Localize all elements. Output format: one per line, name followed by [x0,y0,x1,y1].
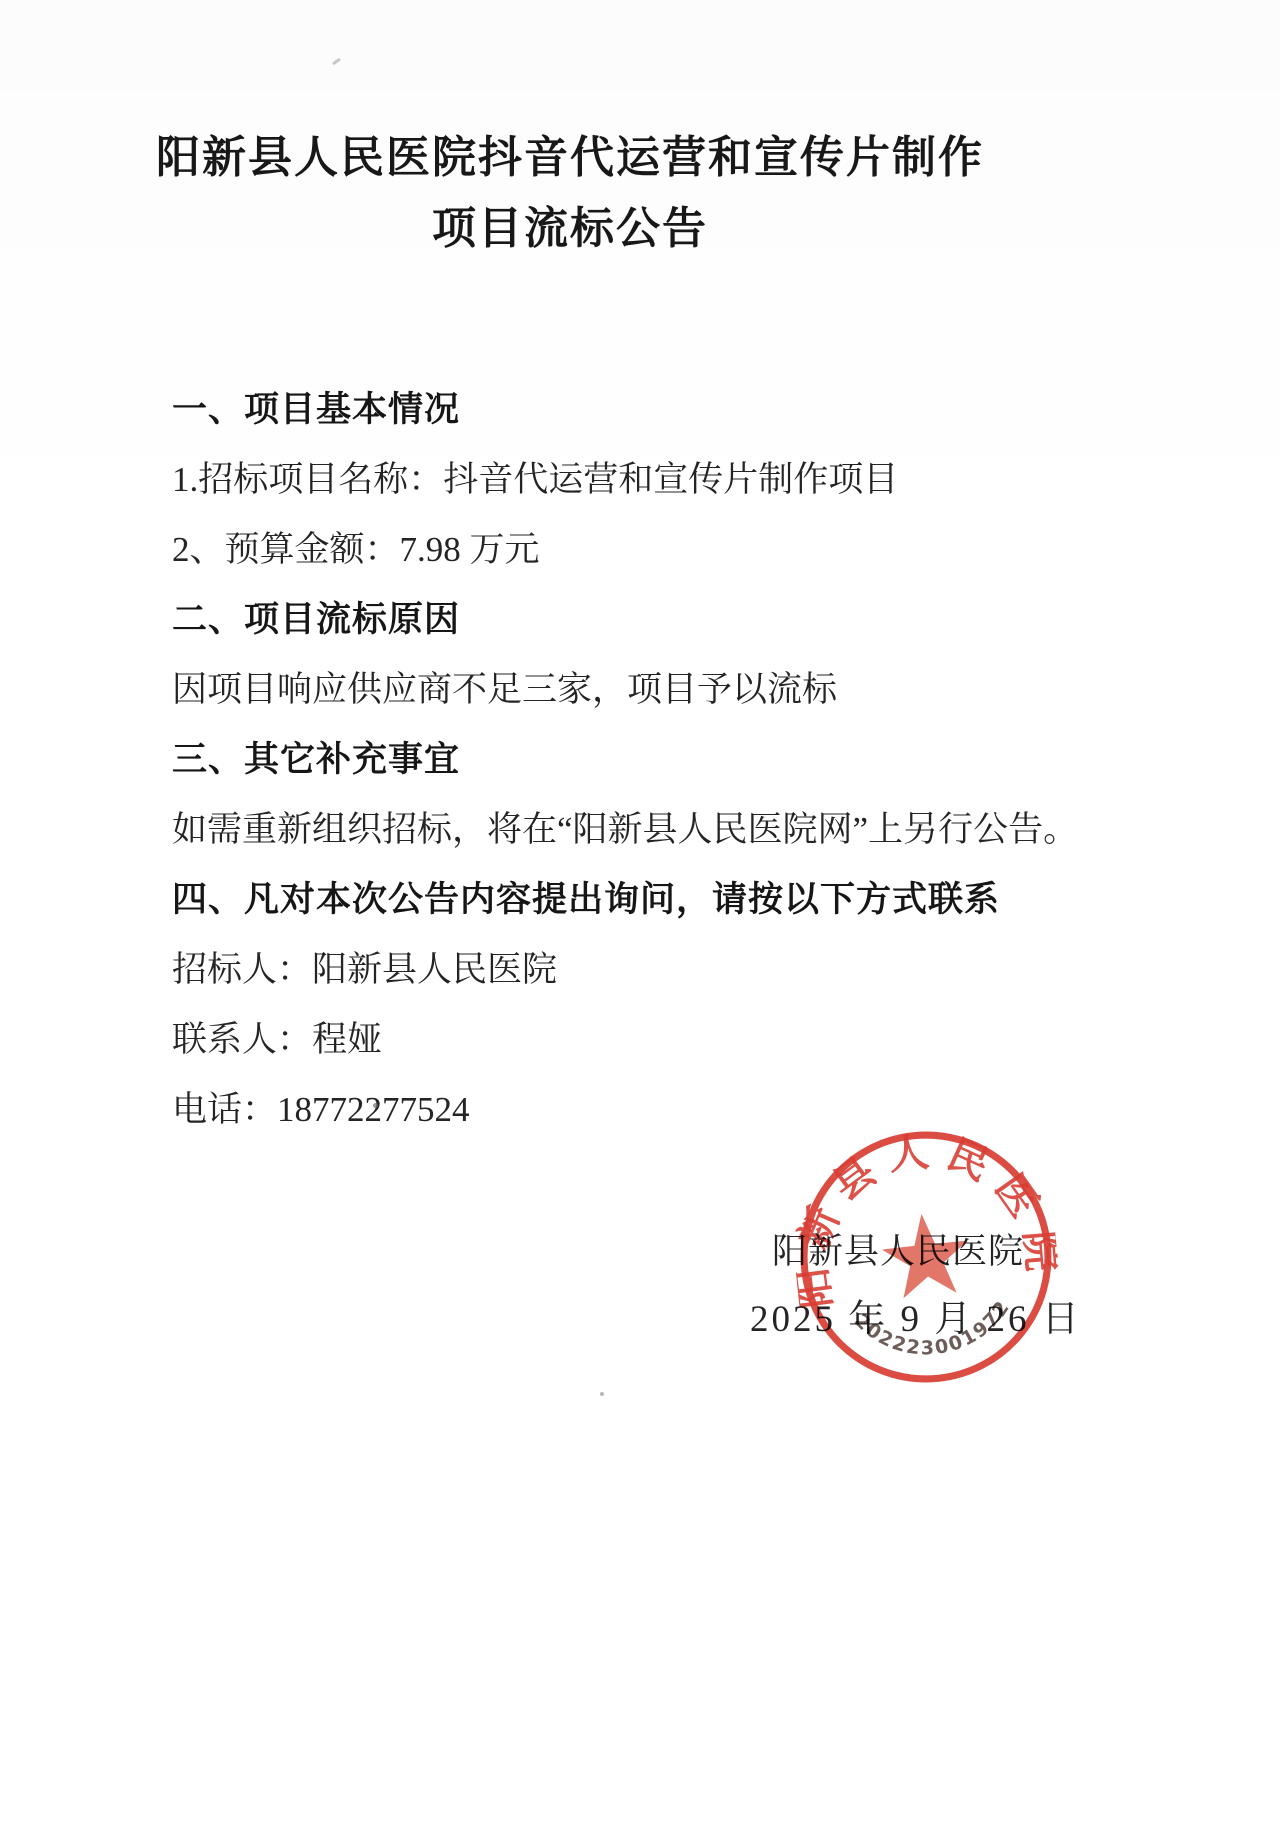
seal-arc-text: 阳新县人民医院 [782,1117,1067,1311]
seal-star-icon [879,1209,973,1300]
scanned-document-page: 阳新县人民医院抖音代运营和宣传片制作 项目流标公告 一、项目基本情况 1.招标项… [0,0,1280,1834]
rebid-notice-line: 如需重新组织招标，将在“阳新县人民医院网”上另行公告。 [172,795,1240,865]
svg-text:阳新县人民医院: 阳新县人民医院 [782,1117,1067,1311]
budget-amount-line: 2、预算金额：7.98 万元 [172,515,1240,585]
tenderer-line: 招标人：阳新县人民医院 [172,935,1240,1005]
document-title-line1: 阳新县人民医院抖音代运营和宣传片制作 [90,122,1050,193]
document-body: 一、项目基本情况 1.招标项目名称：抖音代运营和宣传片制作项目 2、预算金额：7… [172,375,1240,1145]
section-4-heading: 四、凡对本次公告内容提出询问，请按以下方式联系 [172,865,1240,935]
phone-number-line: 电话：18772277524 [172,1075,1240,1145]
section-2-heading: 二、项目流标原因 [172,585,1240,655]
section-3-heading: 三、其它补充事宜 [172,725,1240,795]
official-seal: 阳新县人民医院 42022230019729 [782,1113,1070,1401]
bid-project-name-line: 1.招标项目名称：抖音代运营和宣传片制作项目 [172,445,1240,515]
failure-reason-line: 因项目响应供应商不足三家，项目予以流标 [172,655,1240,725]
document-title: 阳新县人民医院抖音代运营和宣传片制作 项目流标公告 [90,122,1050,264]
scan-speck [600,1392,604,1396]
scan-speck [332,58,341,66]
section-1-heading: 一、项目基本情况 [172,375,1240,445]
document-title-line2: 项目流标公告 [90,193,1050,264]
contact-person-line: 联系人：程娅 [172,1005,1240,1075]
